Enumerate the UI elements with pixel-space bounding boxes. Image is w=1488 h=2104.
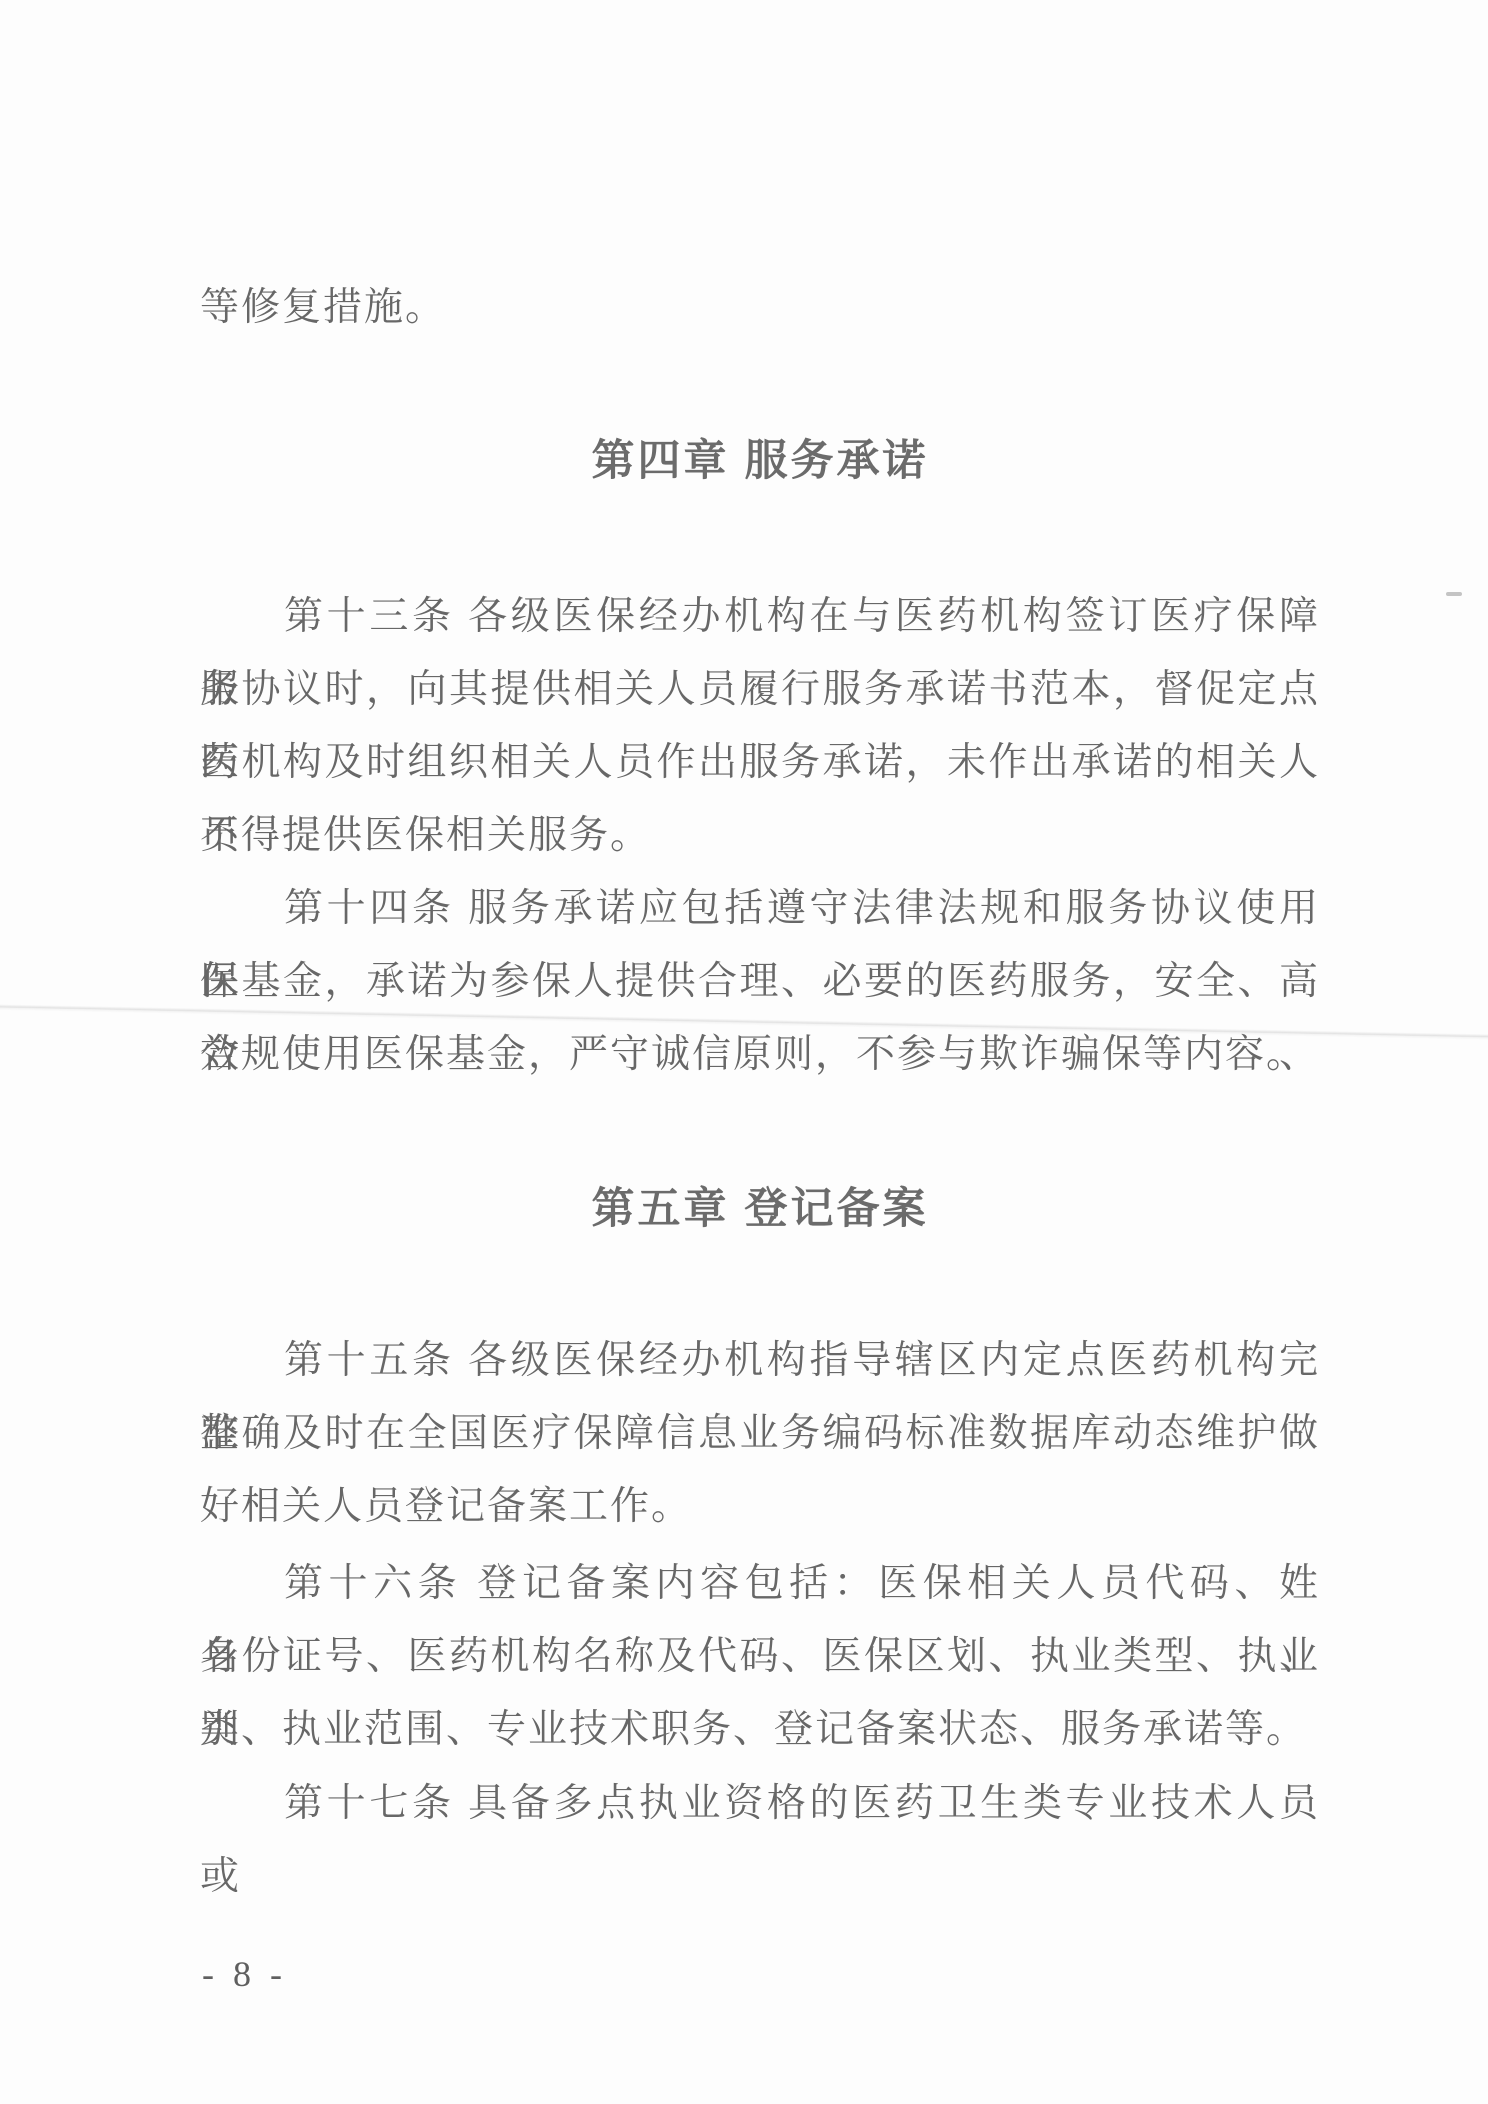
- scanned-document-page: 等修复措施。 第四章 服务承诺 第十三条 各级医保经办机构在与医药机构签订医疗保…: [0, 0, 1488, 2104]
- text-line: 第十三条 各级医保经办机构在与医药机构签订医疗保障服: [200, 580, 1320, 653]
- text-line: 第十六条 登记备案内容包括：医保相关人员代码、姓名、: [200, 1547, 1320, 1620]
- text-line: 身份证号、医药机构名称及代码、医保区划、执业类型、执业类: [200, 1620, 1320, 1693]
- scan-speck: [1446, 592, 1462, 596]
- text-line: 务协议时，向其提供相关人员履行服务承诺书范本，督促定点医: [200, 653, 1320, 726]
- text-line: 不得提供医保相关服务。: [200, 799, 1320, 872]
- paragraph-continuation: 等修复措施。: [200, 271, 1320, 344]
- text-line: 合规使用医保基金，严守诚信原则，不参与欺诈骗保等内容。: [200, 1018, 1320, 1091]
- text-line: 好相关人员登记备案工作。: [200, 1470, 1320, 1543]
- chapter-5-heading: 第五章 登记备案: [200, 1185, 1320, 1233]
- article-17-paragraph: 第十七条 具备多点执业资格的医药卫生类专业技术人员或: [200, 1767, 1320, 1840]
- text-line: 别、执业范围、专业技术职务、登记备案状态、服务承诺等。: [200, 1693, 1320, 1766]
- article-16-paragraph: 第十六条 登记备案内容包括：医保相关人员代码、姓名、 身份证号、医药机构名称及代…: [200, 1547, 1320, 1766]
- article-15-paragraph: 第十五条 各级医保经办机构指导辖区内定点医药机构完整 准确及时在全国医疗保障信息…: [200, 1324, 1320, 1543]
- page-number: - 8 -: [202, 1956, 287, 1992]
- article-14-paragraph: 第十四条 服务承诺应包括遵守法律法规和服务协议使用医 保基金，承诺为参保人提供合…: [200, 872, 1320, 1091]
- text-line: 第十七条 具备多点执业资格的医药卫生类专业技术人员或: [200, 1767, 1320, 1840]
- text-line: 第十四条 服务承诺应包括遵守法律法规和服务协议使用医: [200, 872, 1320, 945]
- chapter-4-heading: 第四章 服务承诺: [200, 437, 1320, 485]
- text-line: 第十五条 各级医保经办机构指导辖区内定点医药机构完整: [200, 1324, 1320, 1397]
- article-13-paragraph: 第十三条 各级医保经办机构在与医药机构签订医疗保障服 务协议时，向其提供相关人员…: [200, 580, 1320, 872]
- text-line: 药机构及时组织相关人员作出服务承诺，未作出承诺的相关人员: [200, 726, 1320, 799]
- text-line: 准确及时在全国医疗保障信息业务编码标准数据库动态维护做: [200, 1397, 1320, 1470]
- text-line: 等修复措施。: [200, 271, 1320, 344]
- text-line: 保基金，承诺为参保人提供合理、必要的医药服务，安全、高效、: [200, 945, 1320, 1018]
